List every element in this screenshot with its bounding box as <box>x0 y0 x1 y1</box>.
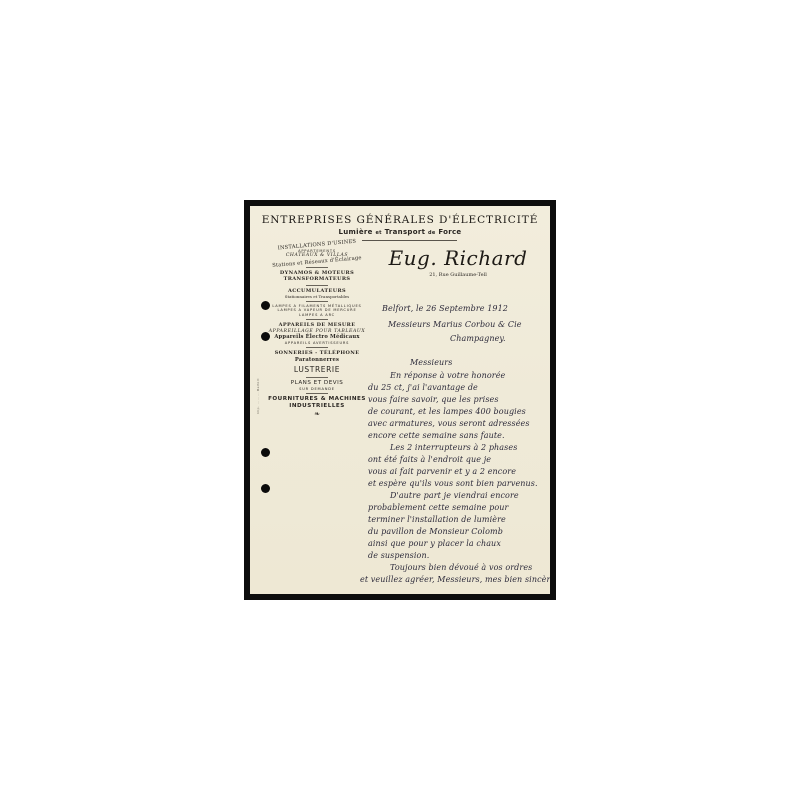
service-item: Paratonnerres <box>254 357 380 364</box>
letter-line: Toujours bien dévoué à vos ordres <box>368 562 548 574</box>
printer-mark: Imp. ......... Belfort <box>256 378 260 414</box>
services-column: INSTALLATIONS D'USINES APPARTEMENTS CHAT… <box>254 242 380 418</box>
salutation: Messieurs <box>410 358 452 367</box>
divider <box>306 319 328 320</box>
letter-line: avec armatures, vous seront adressées <box>368 418 548 430</box>
divider <box>306 393 328 394</box>
fleuron-ornament-icon: ❧ <box>254 410 380 418</box>
letter-line: En réponse à votre honorée <box>368 370 548 382</box>
letter-line: et espère qu'ils vous sont bien parvenus… <box>368 478 548 490</box>
service-item: TRANSFORMATEURS <box>254 276 380 282</box>
letter-paper: ENTREPRISES GÉNÉRALES D'ÉLECTRICITÉ Lumi… <box>250 206 550 594</box>
letter-line: du pavillon de Monsieur Colomb <box>368 526 548 538</box>
letter-line: D'autre part je viendrai encore <box>368 490 548 502</box>
letterhead-title: ENTREPRISES GÉNÉRALES D'ÉLECTRICITÉ <box>250 214 550 226</box>
service-item: FOURNITURES & MACHINES <box>254 396 380 403</box>
letter-line: et veuillez agréer, Messieurs, mes bien … <box>360 574 548 586</box>
letter-line: encore cette semaine sans faute. <box>368 430 548 442</box>
subtitle-word: Force <box>438 228 461 236</box>
place-date: Belfort, le 26 Septembre 1912 <box>382 304 508 313</box>
letter-line: vous faire savoir, que les prises <box>368 394 548 406</box>
service-item: LAMPES A ARC <box>254 313 380 317</box>
subtitle-word: de <box>428 230 436 236</box>
letter-line: Les 2 interrupteurs à 2 phases <box>368 442 548 454</box>
punch-hole-icon <box>261 332 270 341</box>
company-address: 21, Rue Guillaume-Tell <box>378 272 538 278</box>
letter-frame: ENTREPRISES GÉNÉRALES D'ÉLECTRICITÉ Lumi… <box>244 200 556 600</box>
letter-line: salutations. <box>368 593 438 594</box>
letter-line: ont été faits à l'endroit que je <box>368 454 548 466</box>
letter-line: de suspension. <box>368 550 548 562</box>
letterhead-subtitle: Lumière et Transport de Force <box>250 228 550 236</box>
punch-hole-icon <box>261 448 270 457</box>
recipient-line: Messieurs Marius Corbou & Cie <box>388 320 522 329</box>
letter-line: ainsi que pour y placer la chaux <box>368 538 548 550</box>
letter-line: probablement cette semaine pour <box>368 502 548 514</box>
subtitle-word: Lumière <box>339 228 373 236</box>
letter-body: En réponse à votre honorée du 25 ct, j'a… <box>368 370 548 594</box>
punch-hole-icon <box>261 484 270 493</box>
letter-line: du 25 ct, j'ai l'avantage de <box>368 382 548 394</box>
service-item: APPAREILS AVERTISSEURS <box>254 341 380 345</box>
letter-line: vous ai fait parvenir et y a 2 encore <box>368 466 548 478</box>
divider <box>306 267 328 268</box>
divider <box>306 285 328 286</box>
letter-line: terminer l'installation de lumière <box>368 514 548 526</box>
handwritten-signature: Rich <box>457 593 476 594</box>
divider <box>306 377 328 378</box>
letter-line: de courant, et les lampes 400 bougies <box>368 406 548 418</box>
divider <box>306 301 328 302</box>
service-item: Stationnaires et Transportables <box>254 294 380 299</box>
divider <box>306 347 328 348</box>
service-item: SUR DEMANDE <box>254 387 380 391</box>
subtitle-word: et <box>375 230 381 236</box>
service-item: LUSTRERIE <box>254 365 380 374</box>
subtitle-word: Transport <box>385 228 426 236</box>
recipient-line: Champagney. <box>450 334 506 343</box>
punch-hole-icon <box>261 301 270 310</box>
brand-signature: Eug. Richard <box>378 246 538 270</box>
service-item: PLANS ET DEVIS <box>254 380 380 387</box>
service-item: INDUSTRIELLES <box>254 403 380 410</box>
